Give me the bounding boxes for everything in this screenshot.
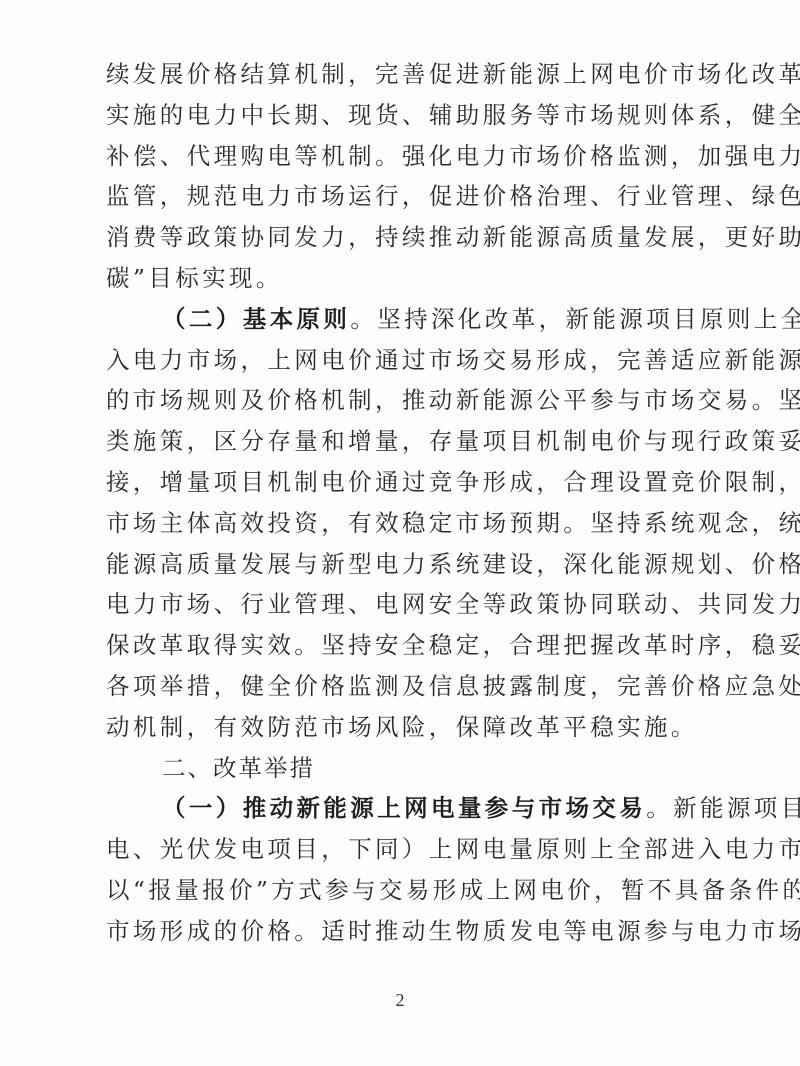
paragraph-line: 入电力市场，上网电价通过市场交易形成，完善适应新能源发展 xyxy=(106,340,722,381)
paragraph-line: 市场形成的价格。适时推动生物质发电等电源参与电力市场交 xyxy=(106,911,722,952)
basic-principles-heading: （二）基本原则 xyxy=(162,305,350,333)
paragraph-text: 。新能源项目（风 xyxy=(646,794,800,822)
paragraph-line: 补偿、代理购电等机制。强化电力市场价格监测，加强电力市场 xyxy=(106,136,722,177)
paragraph-line: 的市场规则及价格机制，推动新能源公平参与市场交易。坚持分 xyxy=(106,380,722,421)
paragraph-line: 电、光伏发电项目，下同）上网电量原则上全部进入电力市场， xyxy=(106,829,722,870)
paragraph-line: 监管，规范电力市场运行，促进价格治理、行业管理、绿色能源 xyxy=(106,176,722,217)
paragraph-text: 。坚持深化改革，新能源项目原则上全部进 xyxy=(350,305,800,333)
paragraph-line: 消费等政策协同发力，持续推动新能源高质量发展，更好助力“双 xyxy=(106,217,722,258)
paragraph-line: 碳”目标实现。 xyxy=(106,258,722,299)
market-trading-first-line: （一）推动新能源上网电量参与市场交易。新能源项目（风 xyxy=(106,788,722,829)
document-page: 续发展价格结算机制，完善促进新能源上网电价市场化改革平稳 实施的电力中长期、现货… xyxy=(106,54,722,952)
paragraph-line: 以“报量报价”方式参与交易形成上网电价，暂不具备条件的接受 xyxy=(106,870,722,911)
market-trading-heading: （一）推动新能源上网电量参与市场交易 xyxy=(162,794,646,822)
paragraph-line: 电力市场、行业管理、电网安全等政策协同联动、共同发力，确 xyxy=(106,584,722,625)
paragraph-line: 续发展价格结算机制，完善促进新能源上网电价市场化改革平稳 xyxy=(106,54,722,95)
paragraph-line: 类施策，区分存量和增量，存量项目机制电价与现行政策妥善衔 xyxy=(106,421,722,462)
paragraph-line: 市场主体高效投资，有效稳定市场预期。坚持系统观念，统筹新 xyxy=(106,503,722,544)
section-heading-reform-measures: 二、改革举措 xyxy=(106,748,722,789)
paragraph-line: 保改革取得实效。坚持安全稳定，合理把握改革时序，稳妥推进 xyxy=(106,625,722,666)
paragraph-line: 实施的电力中长期、现货、辅助服务等市场规则体系，健全容量 xyxy=(106,95,722,136)
page-number: 2 xyxy=(0,990,800,1011)
basic-principles-first-line: （二）基本原则。坚持深化改革，新能源项目原则上全部进 xyxy=(106,299,722,340)
paragraph-line: 能源高质量发展与新型电力系统建设，深化能源规划、价格机制、 xyxy=(106,544,722,585)
paragraph-line: 动机制，有效防范市场风险，保障改革平稳实施。 xyxy=(106,707,722,748)
paragraph-line: 接，增量项目机制电价通过竞争形成，合理设置竞价限制，引导 xyxy=(106,462,722,503)
paragraph-line: 各项举措，健全价格监测及信息披露制度，完善价格应急处置联 xyxy=(106,666,722,707)
